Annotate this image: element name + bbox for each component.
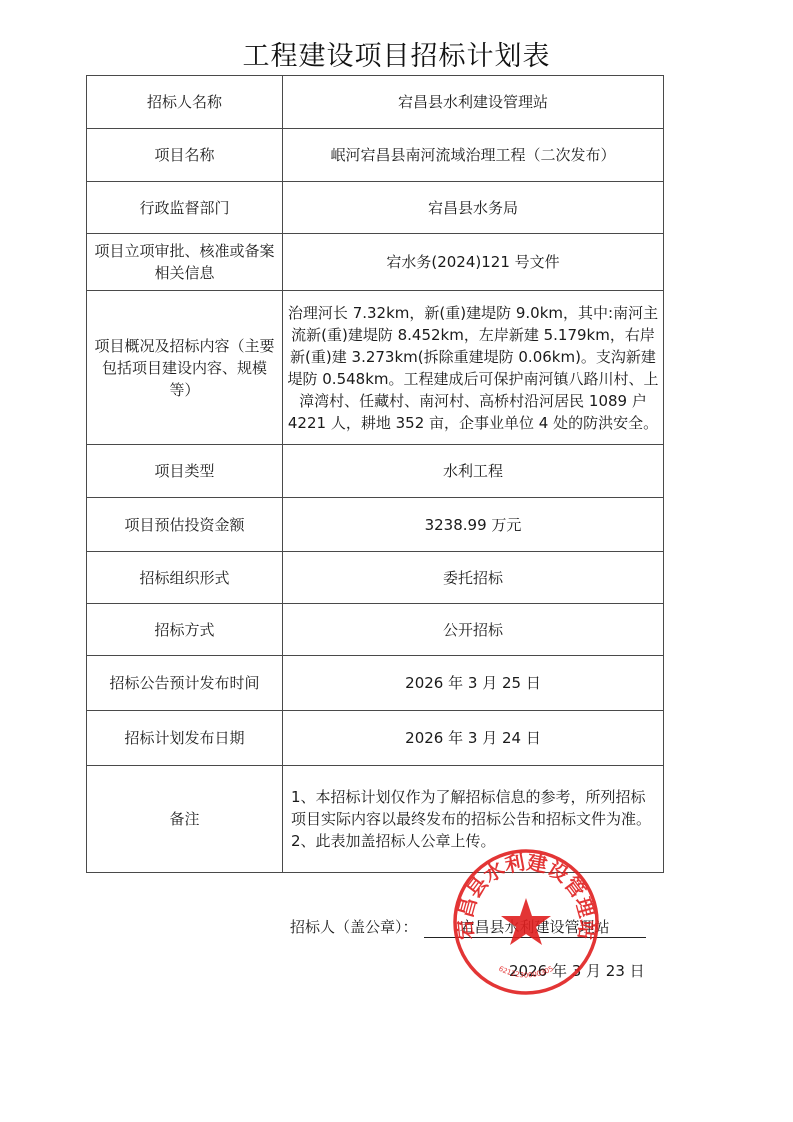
table-row: 项目类型 水利工程 bbox=[87, 445, 664, 498]
note-item: 2、此表加盖招标人公章上传。 bbox=[291, 830, 655, 852]
table-row: 项目概况及招标内容（主要包括项目建设内容、规模等） 治理河长 7.32km，新(… bbox=[87, 291, 664, 445]
row-label-method: 招标方式 bbox=[87, 604, 283, 656]
row-label-project-name: 项目名称 bbox=[87, 129, 283, 182]
row-value-notes: 1、本招标计划仅作为了解招标信息的参考，所列招标项目实际内容以最终发布的招标公告… bbox=[283, 766, 664, 873]
row-value-plan-date: 2026 年 3 月 24 日 bbox=[283, 711, 664, 766]
row-value-tenderer: 宕昌县水利建设管理站 bbox=[283, 76, 664, 129]
table-row: 招标组织形式 委托招标 bbox=[87, 552, 664, 604]
row-label-notes: 备注 bbox=[87, 766, 283, 873]
sign-date: 2026 年 3 月 23 日 bbox=[509, 960, 645, 981]
table-row: 项目预估投资金额 3238.99 万元 bbox=[87, 498, 664, 552]
row-label-supervisor: 行政监督部门 bbox=[87, 182, 283, 234]
row-label-overview: 项目概况及招标内容（主要包括项目建设内容、规模等） bbox=[87, 291, 283, 445]
table-row: 招标公告预计发布时间 2026 年 3 月 25 日 bbox=[87, 656, 664, 711]
table-row: 备注 1、本招标计划仅作为了解招标信息的参考，所列招标项目实际内容以最终发布的招… bbox=[87, 766, 664, 873]
note-item: 1、本招标计划仅作为了解招标信息的参考，所列招标项目实际内容以最终发布的招标公告… bbox=[291, 786, 655, 830]
signer-value: 宕昌县水利建设管理站 bbox=[424, 916, 646, 938]
signer-label: 招标人（盖公章）： bbox=[290, 918, 418, 936]
row-value-project-name: 岷河宕昌县南河流域治理工程（二次发布） bbox=[283, 129, 664, 182]
row-value-approval: 宕水务(2024)121 号文件 bbox=[283, 234, 664, 291]
row-label-announcement-time: 招标公告预计发布时间 bbox=[87, 656, 283, 711]
row-value-announcement-time: 2026 年 3 月 25 日 bbox=[283, 656, 664, 711]
table-row: 项目立项审批、核准或备案相关信息 宕水务(2024)121 号文件 bbox=[87, 234, 664, 291]
document-title: 工程建设项目招标计划表 bbox=[0, 34, 793, 73]
table-row: 招标计划发布日期 2026 年 3 月 24 日 bbox=[87, 711, 664, 766]
row-value-project-type: 水利工程 bbox=[283, 445, 664, 498]
row-label-tenderer: 招标人名称 bbox=[87, 76, 283, 129]
row-value-investment: 3238.99 万元 bbox=[283, 498, 664, 552]
row-label-plan-date: 招标计划发布日期 bbox=[87, 711, 283, 766]
row-label-organization: 招标组织形式 bbox=[87, 552, 283, 604]
signer-block: 招标人（盖公章）：宕昌县水利建设管理站 bbox=[290, 916, 646, 938]
tender-plan-table: 招标人名称 宕昌县水利建设管理站 项目名称 岷河宕昌县南河流域治理工程（二次发布… bbox=[86, 75, 664, 873]
table-row: 招标方式 公开招标 bbox=[87, 604, 664, 656]
table-row: 招标人名称 宕昌县水利建设管理站 bbox=[87, 76, 664, 129]
row-value-supervisor: 宕昌县水务局 bbox=[283, 182, 664, 234]
row-value-method: 公开招标 bbox=[283, 604, 664, 656]
table-row: 行政监督部门 宕昌县水务局 bbox=[87, 182, 664, 234]
row-value-organization: 委托招标 bbox=[283, 552, 664, 604]
table-row: 项目名称 岷河宕昌县南河流域治理工程（二次发布） bbox=[87, 129, 664, 182]
row-label-project-type: 项目类型 bbox=[87, 445, 283, 498]
row-label-approval: 项目立项审批、核准或备案相关信息 bbox=[87, 234, 283, 291]
row-label-investment: 项目预估投资金额 bbox=[87, 498, 283, 552]
row-value-overview: 治理河长 7.32km，新(重)建堤防 9.0km，其中:南河主流新(重)建堤防… bbox=[283, 291, 664, 445]
